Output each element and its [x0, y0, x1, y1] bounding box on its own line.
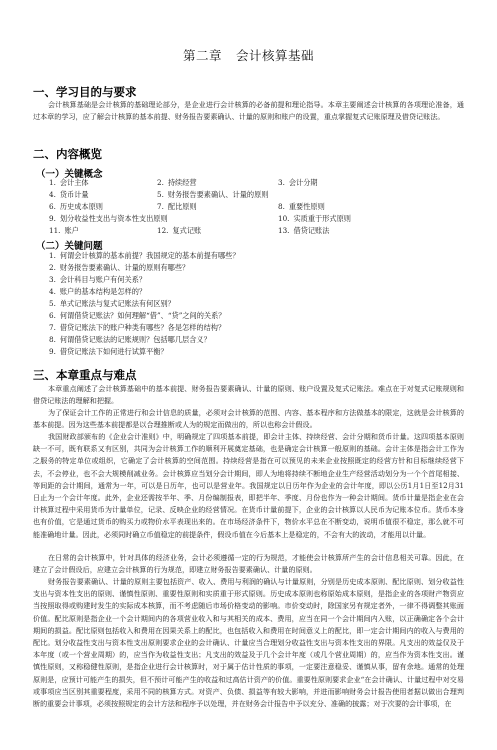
- list-item: 1.何谓会计核算的基本前提？我国规定的基本前提有哪些？: [49, 250, 240, 262]
- list-item: 7.借贷记账法下的账户种类有哪些？各是怎样的结构？: [49, 322, 225, 334]
- list-item: 7.配比原则: [157, 201, 197, 213]
- list-item: 5.财务报告要素确认、计量的原则: [157, 189, 269, 201]
- list-item: 12.复式记账: [157, 225, 201, 237]
- list-item: 8.重要性原则: [278, 201, 325, 213]
- paragraph-key-points-summary: 本章重点阐述了会计核算基础中的基本前提、财务报告要素确认、计量的原则、账户设置及…: [33, 383, 464, 407]
- list-item: 6.历史成本原则: [49, 201, 103, 213]
- list-item: 4.货币计量: [49, 189, 89, 201]
- document-page: 第二章会计核算基础 一、学习目的与要求 会计核算基础是会计核算的基础理论部分，是…: [0, 0, 497, 750]
- list-item: 2.财务报告要素确认、计量的原则有哪些？: [49, 262, 189, 274]
- list-item: 8.何谓借贷记账法的记账规则？包括哪几层含义？: [49, 334, 211, 346]
- list-item: 9.划分收益性支出与资本性支出原则: [49, 213, 168, 225]
- paragraph-basic-assumptions: 为了保证会计工作的正常进行和会计信息的质量，必须对会计核算的范围、内容、基本程序…: [33, 407, 464, 431]
- section-heading-key-points: 三、本章重点与难点: [33, 367, 137, 383]
- list-item: 1.会计主体: [49, 177, 89, 189]
- list-item: 4.账户的基本结构是怎样的？: [49, 286, 146, 298]
- chapter-label: 第二章: [183, 48, 222, 63]
- list-item: 2.持续经营: [157, 177, 197, 189]
- list-item: 13.借贷记账法: [278, 225, 329, 237]
- list-item: 11.账户: [49, 225, 79, 237]
- paragraph-behavior-norms: 在日常的会计核算中，针对具体的经济业务，会计必须遵循一定的行为规范，才能使会计核…: [33, 552, 464, 576]
- list-item: 9.借贷记账法下如何进行试算平衡？: [49, 346, 168, 358]
- paragraph-four-assumptions: 我国财政部颁布的《企业会计准则》中，明确规定了四项基本前提，即会计主体、持续经营…: [33, 431, 464, 541]
- list-item: 10.实质重于形式原则: [278, 213, 351, 225]
- chapter-title: 第二章会计核算基础: [0, 46, 497, 64]
- section-heading-overview: 二、内容概览: [33, 146, 102, 162]
- section-heading-objectives: 一、学习目的与要求: [33, 84, 137, 100]
- paragraph-objectives: 会计核算基础是会计核算的基础理论部分，是企业进行会计核算的必备前提和理论指导。本…: [33, 99, 464, 123]
- chapter-name: 会计核算基础: [236, 48, 314, 63]
- list-item: 3.会计科目与账户有何关系？: [49, 274, 146, 286]
- paragraph-recognition-principles: 财务报告要素确认、计量的原则主要包括资产、收入、费用与利润的确认与计量原则，分别…: [33, 576, 464, 710]
- list-item: 6.何谓借贷记账法？如何理解“借”、“贷”之间的关系？: [49, 310, 226, 322]
- list-item: 3.会计分期: [278, 177, 318, 189]
- list-item: 5.单式记账法与复式记账法有何区别？: [49, 298, 175, 310]
